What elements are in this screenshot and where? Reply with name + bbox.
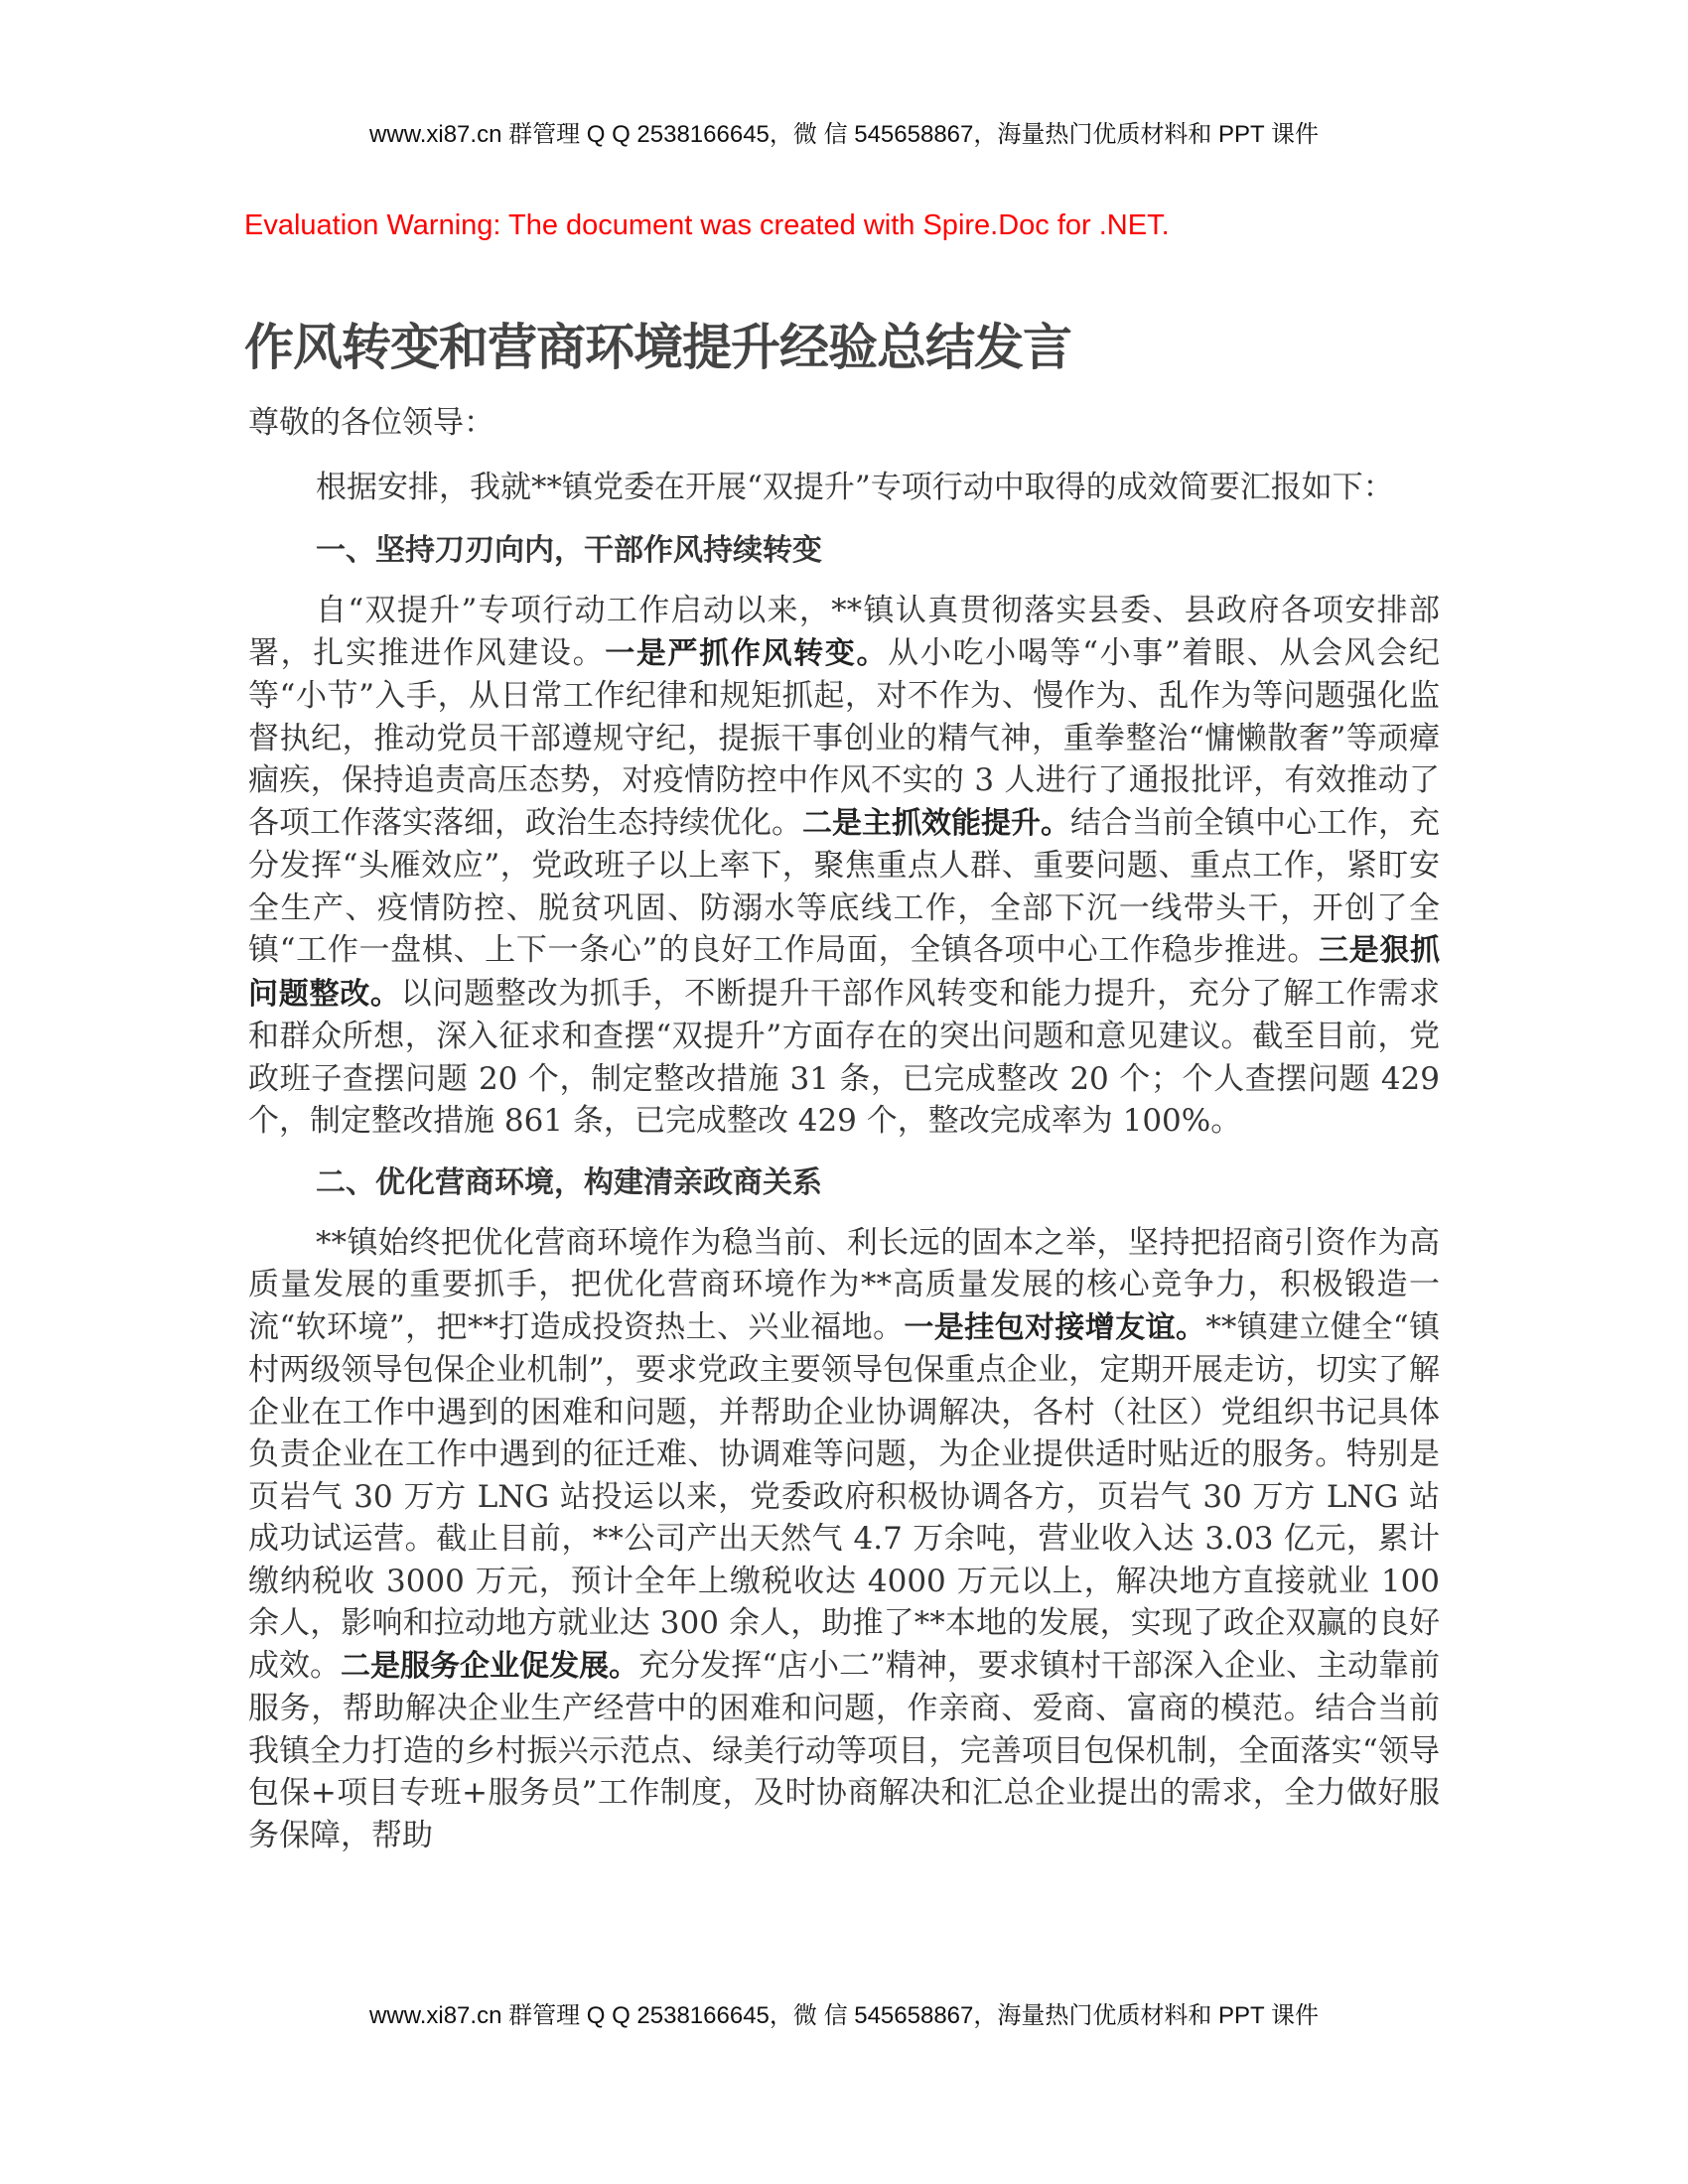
salutation: 尊敬的各位领导：: [248, 402, 1440, 444]
bold-lead-2: 二是主抓效能提升。: [802, 806, 1070, 841]
section-heading-1: 一、坚持刀刃向内，干部作风持续转变: [248, 530, 1440, 572]
section-1-paragraph: 自“双提升”专项行动工作启动以来，**镇认真贯彻落实县委、县政府各项安排部署，扎…: [248, 590, 1440, 1143]
bold-lead-1: 一是挂包对接增友谊。: [904, 1310, 1205, 1345]
bold-lead-2: 二是服务企业促发展。: [341, 1649, 638, 1684]
intro-paragraph: 根据安排，我就**镇党委在开展“双提升”专项行动中取得的成效简要汇报如下：: [248, 466, 1440, 510]
evaluation-warning: Evaluation Warning: The document was cre…: [244, 209, 1170, 242]
bold-lead-1: 一是严抓作风转变。: [605, 636, 888, 671]
text-run: 以问题整改为抓手，不断提升干部作风转变和能力提升，充分了解工作需求和群众所想，深…: [248, 976, 1440, 1140]
page-footer-watermark: www.xi87.cn 群管理 Q Q 2538166645，微 信 54565…: [0, 1995, 1688, 2030]
section-heading-2: 二、优化营商环境，构建清亲政商关系: [248, 1162, 1440, 1204]
page-header-watermark: www.xi87.cn 群管理 Q Q 2538166645，微 信 54565…: [0, 114, 1688, 149]
section-2-paragraph: **镇始终把优化营商环境作为稳当前、利长远的固本之举，坚持把招商引资作为高质量发…: [248, 1222, 1440, 1857]
text-run: **镇建立健全“镇村两级领导包保企业机制”，要求党政主要领导包保重点企业，定期开…: [248, 1309, 1440, 1684]
document-title: 作风转变和营商环境提升经验总结发言: [244, 308, 1071, 379]
document-page: www.xi87.cn 群管理 Q Q 2538166645，微 信 54565…: [0, 0, 1688, 2184]
document-body: 尊敬的各位领导： 根据安排，我就**镇党委在开展“双提升”专项行动中取得的成效简…: [248, 402, 1440, 1856]
